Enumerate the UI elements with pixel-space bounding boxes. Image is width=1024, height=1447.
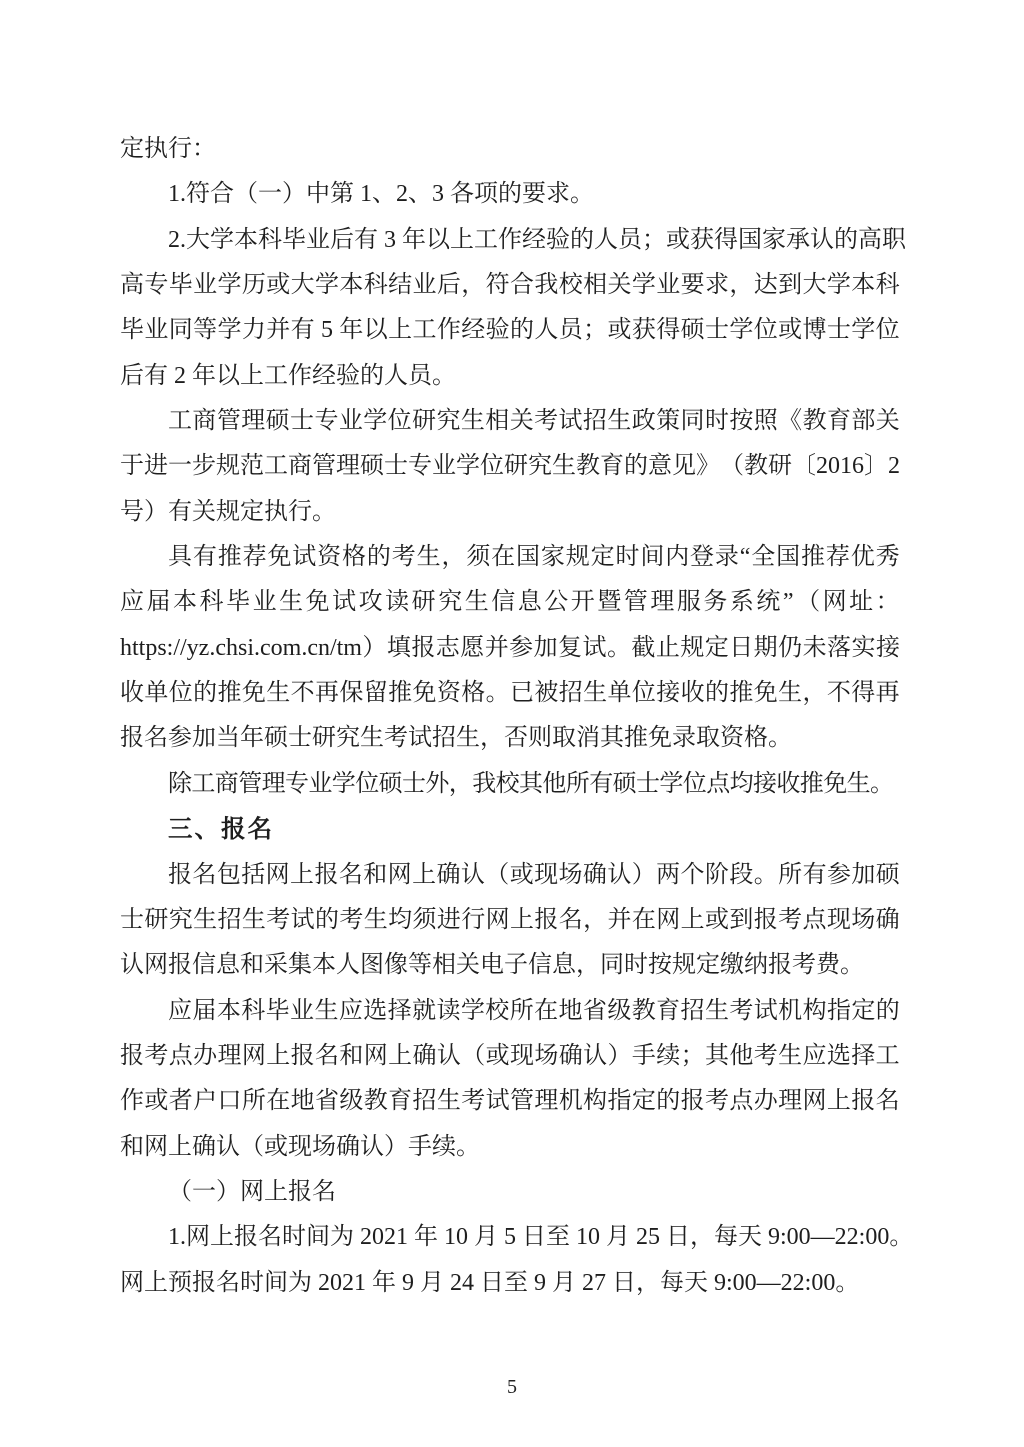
justified-text: 应届本科毕业生免试攻读研究生信息公开暨管理服务系统”（网址： <box>120 580 900 625</box>
justified-text: 高专毕业学历或大学本科结业后，符合我校相关学业要求，达到大学本科 <box>120 263 900 308</box>
text-line: 1.网上报名时间为 2021 年 10 月 5 日至 10 月 25 日，每天 … <box>120 1215 900 1260</box>
text-line: 于进一步规范工商管理硕士专业学位研究生教育的意见》（教研〔2016〕2 <box>120 444 900 489</box>
text-line: 报考点办理网上报名和网上确认（或现场确认）手续；其他考生应选择工 <box>120 1034 900 1079</box>
justified-text: 应届本科毕业生应选择就读学校所在地省级教育招生考试机构指定的 <box>168 989 900 1034</box>
text-line: 士研究生招生考试的考生均须进行网上报名，并在网上或到报考点现场确 <box>120 898 900 943</box>
justified-text: 士研究生招生考试的考生均须进行网上报名，并在网上或到报考点现场确 <box>120 898 900 943</box>
document-body: 定执行：1.符合（一）中第 1、2、3 各项的要求。2.大学本科毕业后有 3 年… <box>120 127 900 1306</box>
justified-text: 于进一步规范工商管理硕士专业学位研究生教育的意见》（教研〔2016〕2 <box>120 444 900 489</box>
text-line: 网上预报名时间为 2021 年 9 月 24 日至 9 月 27 日，每天 9:… <box>120 1261 900 1306</box>
justified-text: 收单位的推免生不再保留推免资格。已被招生单位接收的推免生，不得再 <box>120 671 900 716</box>
section-heading: 三、报名 <box>120 807 900 852</box>
text-line: https://yz.chsi.com.cn/tm）填报志愿并参加复试。截止规定… <box>120 626 900 671</box>
text-line: 收单位的推免生不再保留推免资格。已被招生单位接收的推免生，不得再 <box>120 671 900 716</box>
text-line: 号）有关规定执行。 <box>120 490 900 535</box>
text-line: 认网报信息和采集本人图像等相关电子信息，同时按规定缴纳报考费。 <box>120 943 900 988</box>
text-line: 应届本科毕业生应选择就读学校所在地省级教育招生考试机构指定的 <box>120 989 900 1034</box>
justified-text: 具有推荐免试资格的考生，须在国家规定时间内登录“全国推荐优秀 <box>168 535 900 580</box>
text-line: 除工商管理专业学位硕士外，我校其他所有硕士学位点均接收推免生。 <box>120 762 900 807</box>
text-line: 高专毕业学历或大学本科结业后，符合我校相关学业要求，达到大学本科 <box>120 263 900 308</box>
text-line: 报名包括网上报名和网上确认（或现场确认）两个阶段。所有参加硕 <box>120 853 900 898</box>
text-line: 具有推荐免试资格的考生，须在国家规定时间内登录“全国推荐优秀 <box>120 535 900 580</box>
justified-text: https://yz.chsi.com.cn/tm）填报志愿并参加复试。截止规定… <box>120 626 900 671</box>
text-line: 后有 2 年以上工作经验的人员。 <box>120 354 900 399</box>
justified-text: 工商管理硕士专业学位研究生相关考试招生政策同时按照《教育部关 <box>168 399 900 444</box>
document-page: 定执行：1.符合（一）中第 1、2、3 各项的要求。2.大学本科毕业后有 3 年… <box>0 0 1024 1447</box>
text-line: 报名参加当年硕士研究生考试招生，否则取消其推免录取资格。 <box>120 716 900 761</box>
text-line: 定执行： <box>120 127 900 172</box>
text-line: 和网上确认（或现场确认）手续。 <box>120 1125 900 1170</box>
justified-text: 毕业同等学力并有 5 年以上工作经验的人员；或获得硕士学位或博士学位 <box>120 308 900 353</box>
justified-text: 报名包括网上报名和网上确认（或现场确认）两个阶段。所有参加硕 <box>168 853 900 898</box>
text-line: 作或者户口所在地省级教育招生考试管理机构指定的报考点办理网上报名 <box>120 1079 900 1124</box>
justified-text: 报考点办理网上报名和网上确认（或现场确认）手续；其他考生应选择工 <box>120 1034 900 1079</box>
text-line: 工商管理硕士专业学位研究生相关考试招生政策同时按照《教育部关 <box>120 399 900 444</box>
text-line: 2.大学本科毕业后有 3 年以上工作经验的人员；或获得国家承认的高职 <box>120 218 900 263</box>
justified-text: 2.大学本科毕业后有 3 年以上工作经验的人员；或获得国家承认的高职 <box>168 218 900 263</box>
justified-text: 1.网上报名时间为 2021 年 10 月 5 日至 10 月 25 日，每天 … <box>168 1215 900 1260</box>
page-number: 5 <box>0 1374 1024 1400</box>
text-line: 应届本科毕业生免试攻读研究生信息公开暨管理服务系统”（网址： <box>120 580 900 625</box>
text-line: （一）网上报名 <box>120 1170 900 1215</box>
text-line: 1.符合（一）中第 1、2、3 各项的要求。 <box>120 172 900 217</box>
text-line: 毕业同等学力并有 5 年以上工作经验的人员；或获得硕士学位或博士学位 <box>120 308 900 353</box>
justified-text: 作或者户口所在地省级教育招生考试管理机构指定的报考点办理网上报名 <box>120 1079 900 1124</box>
